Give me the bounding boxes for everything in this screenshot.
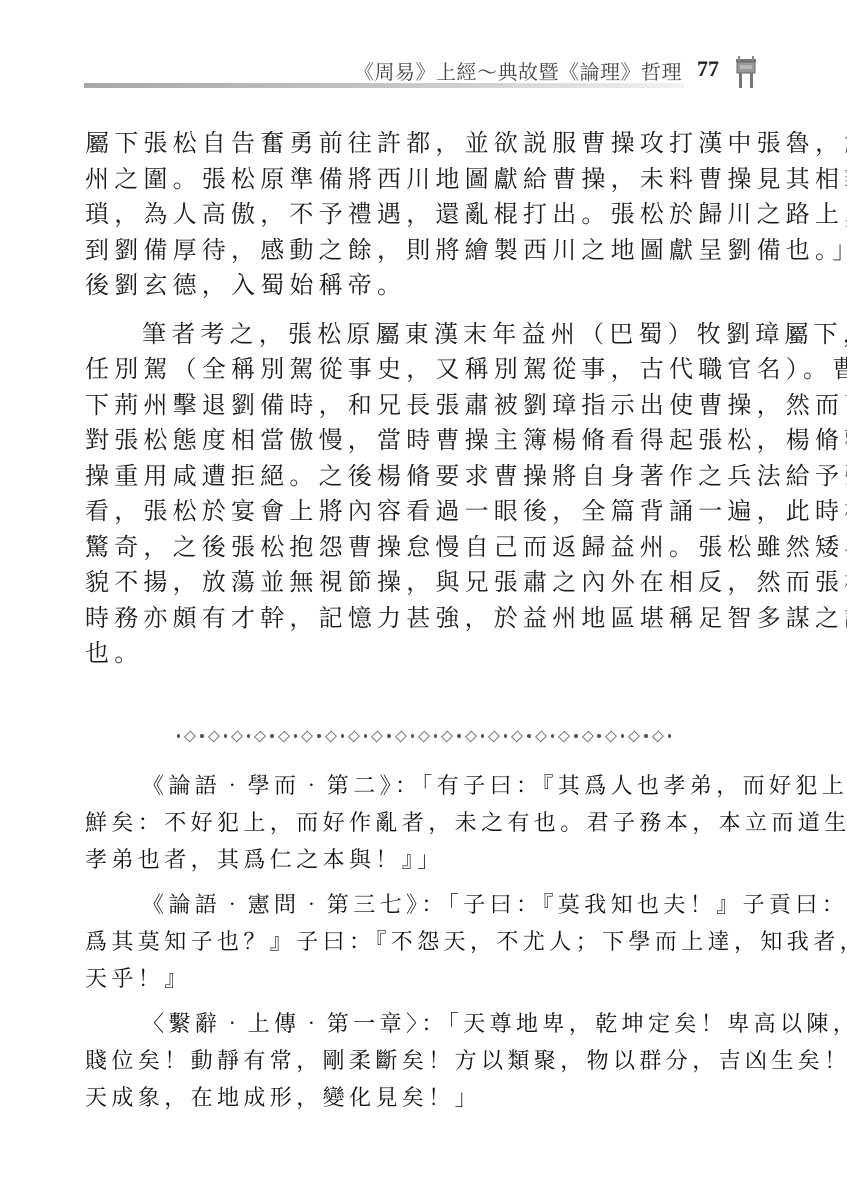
divider-dot	[457, 734, 460, 738]
paragraph-2: 筆者考之，張松原屬東漢末年益州（巴蜀）牧劉璋屬下，擔 任別駕（全稱別駕從事史，又…	[85, 317, 775, 672]
text-line: 時務亦頗有才幹，記憶力甚強，於益州地區堪稱足智多謀之謀臣	[85, 601, 775, 637]
divider-diamond	[605, 730, 617, 742]
divider-diamond	[488, 730, 500, 742]
divider-dot	[434, 734, 437, 738]
divider-dot	[574, 734, 577, 738]
text-line: 到劉備厚待，感動之餘，則將繪製西川之地圖獻呈劉備也。」爾	[85, 233, 775, 269]
text-line: 驚奇，之後張松抱怨曹操怠慢自己而返歸益州。張松雖然矮小其	[85, 530, 775, 566]
paragraph-1: 屬下張松自告奮勇前往許都，並欲説服曹操攻打漢中張魯，解益 州之圍。張松原準備將西…	[85, 126, 775, 304]
quote-lunyu-xianwen: 《論語‧憲問‧第三七》：「子曰：『莫我知也夫！』子貢曰：『何 爲其莫知子也？』子…	[85, 887, 775, 998]
divider-diamond	[511, 730, 523, 742]
divider-dot	[177, 734, 180, 738]
divider-dot	[551, 734, 554, 738]
divider-diamond	[418, 730, 430, 742]
quote-line: 天成象，在地成形，變化見矣！」	[85, 1080, 775, 1117]
text-line: 筆者考之，張松原屬東漢末年益州（巴蜀）牧劉璋屬下，擔	[85, 317, 775, 353]
quotation-block: 《論語‧學而‧第二》：「有子曰：『其爲人也孝弟，而好犯上者， 鮮矣：不好犯上，而…	[85, 768, 775, 1117]
divider-diamond	[628, 730, 640, 742]
text-line: 任別駕（全稱別駕從事史，又稱別駕從事，古代職官名）。曹操	[85, 352, 775, 388]
divider-diamond	[558, 730, 570, 742]
text-line: 後劉玄德，入蜀始稱帝。	[85, 268, 775, 304]
divider-diamond	[441, 730, 453, 742]
divider-dot	[200, 734, 203, 738]
divider-dot	[317, 734, 320, 738]
divider-dot	[644, 734, 647, 738]
divider-dot	[341, 734, 344, 738]
running-title: 《周易》上經～典故暨《論理》哲理	[354, 56, 682, 85]
divider-dot	[527, 734, 530, 738]
divider-dot	[411, 734, 414, 738]
quote-line: 鮮矣：不好犯上，而好作亂者，未之有也。君子務本，本立而道生。	[85, 805, 775, 842]
divider-diamond	[652, 730, 664, 742]
divider-diamond	[581, 730, 593, 742]
bronze-ding-icon	[734, 56, 758, 90]
divider-dot	[270, 734, 273, 738]
quote-line: 賤位矣！動靜有常，剛柔斷矣！方以類聚，物以群分，吉凶生矣！在	[85, 1043, 775, 1080]
quote-line: 〈繫辭‧上傳‧第一章〉：「天尊地卑，乾坤定矣！卑高以陳，貴	[85, 1006, 775, 1043]
body-text: 屬下張松自告奮勇前往許都，並欲説服曹操攻打漢中張魯，解益 州之圍。張松原準備將西…	[85, 126, 775, 672]
text-line: 下荊州擊退劉備時，和兄長張肅被劉璋指示出使曹操，然而曹操	[85, 388, 775, 424]
quote-line: 孝弟也者，其爲仁之本與！』」	[85, 842, 775, 879]
page-number: 77	[697, 56, 719, 82]
divider-dot	[668, 734, 671, 738]
text-line: 看，張松於宴會上將內容看過一眼後，全篇背誦一遍，此時楊脩	[85, 494, 775, 530]
divider-diamond	[278, 730, 290, 742]
divider-dot	[247, 734, 250, 738]
divider-dot	[364, 734, 367, 738]
text-line: 貌不揚，放蕩並無視節操，與兄張肅之內外在相反，然而張松識	[85, 565, 775, 601]
ornamental-divider	[174, 729, 674, 743]
quote-line: 《論語‧學而‧第二》：「有子曰：『其爲人也孝弟，而好犯上者，	[85, 768, 775, 805]
quote-line: 天乎！』	[85, 961, 775, 998]
divider-diamond	[231, 730, 243, 742]
quote-lunyu-xueer: 《論語‧學而‧第二》：「有子曰：『其爲人也孝弟，而好犯上者， 鮮矣：不好犯上，而…	[85, 768, 775, 879]
text-line: 瑣，為人高傲，不予禮遇，還亂棍打出。張松於歸川之路上，受	[85, 197, 775, 233]
text-line: 操重用咸遭拒絕。之後楊脩要求曹操將自身著作之兵法給予張松	[85, 459, 775, 495]
text-line: 也。	[85, 636, 775, 672]
divider-diamond	[325, 730, 337, 742]
divider-dot	[294, 734, 297, 738]
divider-dot	[481, 734, 484, 738]
divider-diamond	[371, 730, 383, 742]
text-line: 屬下張松自告奮勇前往許都，並欲説服曹操攻打漢中張魯，解益	[85, 126, 775, 162]
divider-diamond	[465, 730, 477, 742]
divider-dot	[387, 734, 390, 738]
quote-line: 《論語‧憲問‧第三七》：「子曰：『莫我知也夫！』子貢曰：『何	[85, 887, 775, 924]
divider-diamond	[348, 730, 360, 742]
text-line: 對張松態度相當傲慢，當時曹操主簿楊脩看得起張松，楊脩勸曹	[85, 423, 775, 459]
quote-line: 爲其莫知子也？』子曰：『不怨天，不尤人；下學而上達，知我者，其	[85, 924, 775, 961]
running-header: 《周易》上經～典故暨《論理》哲理 77	[0, 0, 847, 110]
divider-diamond	[301, 730, 313, 742]
divider-diamond	[535, 730, 547, 742]
divider-dot	[504, 734, 507, 738]
divider-dot	[224, 734, 227, 738]
divider-diamond	[254, 730, 266, 742]
text-line: 州之圍。張松原準備將西川地圖獻給曹操，未料曹操見其相貌猥	[85, 162, 775, 198]
divider-dot	[597, 734, 600, 738]
divider-dot	[621, 734, 624, 738]
divider-diamond	[184, 730, 196, 742]
divider-diamond	[208, 730, 220, 742]
quote-xici-shangzhuan: 〈繫辭‧上傳‧第一章〉：「天尊地卑，乾坤定矣！卑高以陳，貴 賤位矣！動靜有常，剛…	[85, 1006, 775, 1117]
divider-diamond	[395, 730, 407, 742]
header-rule	[84, 83, 684, 88]
